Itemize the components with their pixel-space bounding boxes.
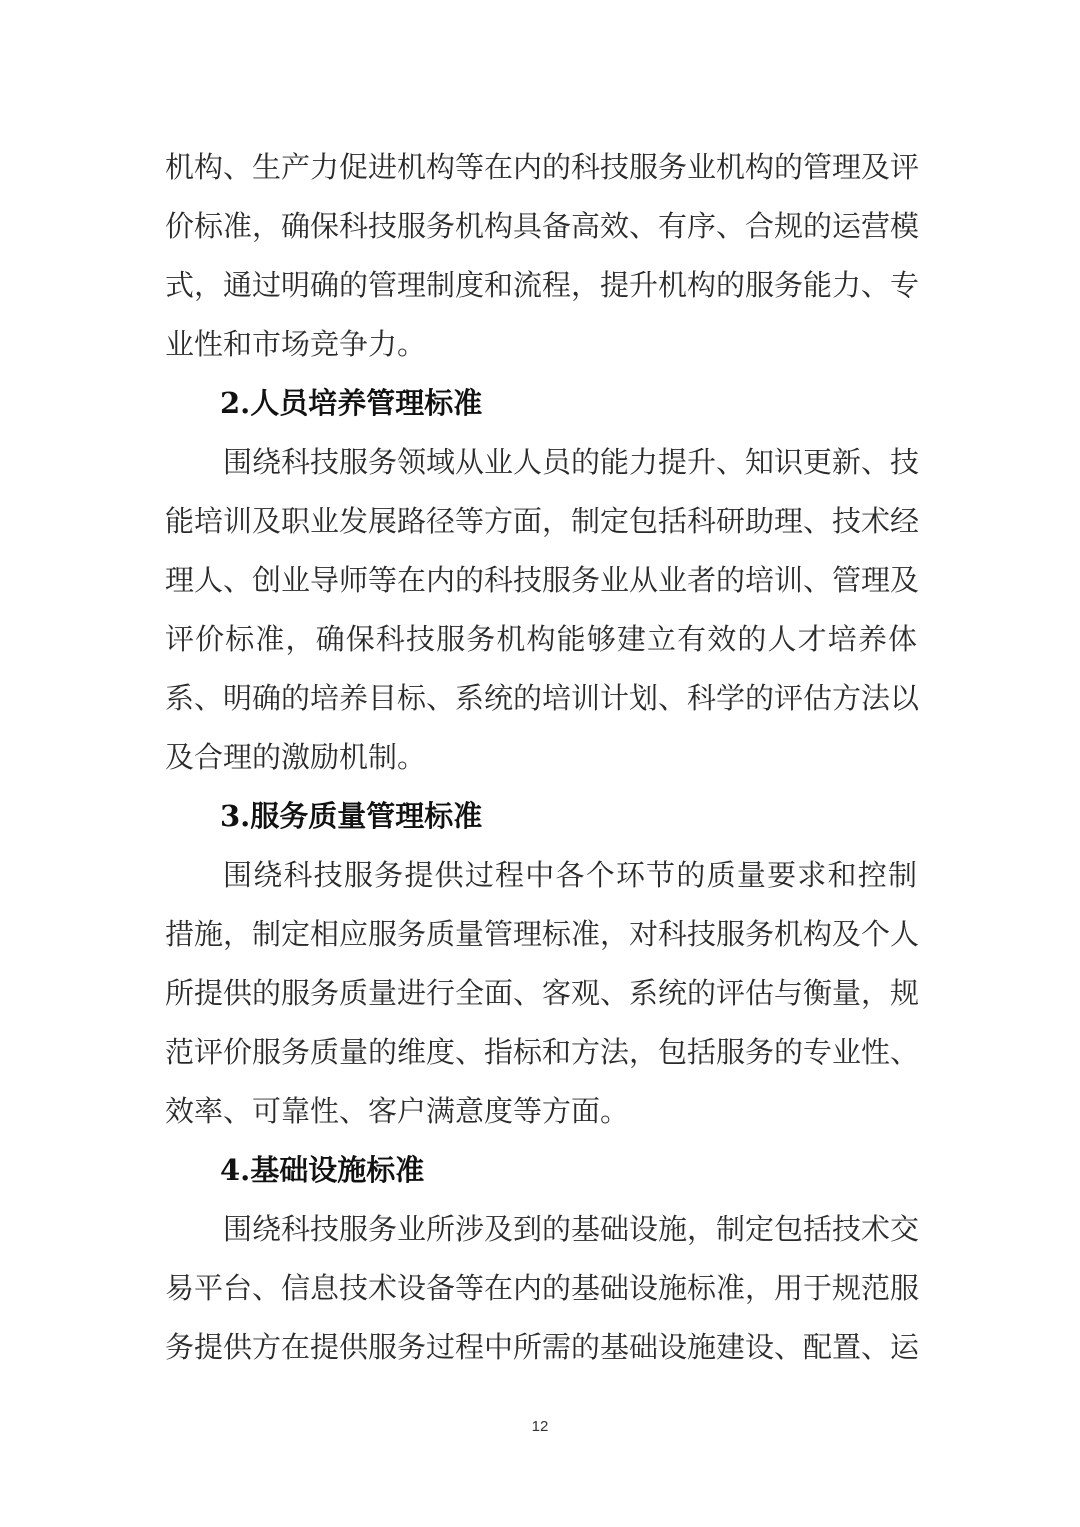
paragraph-service-quality: 围绕科技服务提供过程中各个环节的质量要求和控制 措施，制定相应服务质量管理标准，…	[165, 846, 917, 1141]
text-line: 理人、创业导师等在内的科技服务业从业者的培训、管理及	[165, 551, 917, 610]
text-line: 措施，制定相应服务质量管理标准，对科技服务机构及个人	[165, 905, 917, 964]
text-line: 围绕科技服务领域从业人员的能力提升、知识更新、技	[165, 433, 917, 492]
section-heading-infrastructure: 4.基础设施标准	[165, 1141, 917, 1200]
text-line: 价标准，确保科技服务机构具备高效、有序、合规的运营模	[165, 197, 917, 256]
document-body: 机构、生产力促进机构等在内的科技服务业机构的管理及评 价标准，确保科技服务机构具…	[165, 138, 917, 1377]
text-line: 能培训及职业发展路径等方面，制定包括科研助理、技术经	[165, 492, 917, 551]
text-line: 式，通过明确的管理制度和流程，提升机构的服务能力、专	[165, 256, 917, 315]
paragraph-personnel-training: 围绕科技服务领域从业人员的能力提升、知识更新、技 能培训及职业发展路径等方面，制…	[165, 433, 917, 787]
text-line: 易平台、信息技术设备等在内的基础设施标准，用于规范服	[165, 1259, 917, 1318]
paragraph-institution-management: 机构、生产力促进机构等在内的科技服务业机构的管理及评 价标准，确保科技服务机构具…	[165, 138, 917, 374]
text-line: 机构、生产力促进机构等在内的科技服务业机构的管理及评	[165, 138, 917, 197]
text-line: 务提供方在提供服务过程中所需的基础设施建设、配置、运	[165, 1318, 917, 1377]
text-line: 评价标准，确保科技服务机构能够建立有效的人才培养体	[165, 610, 917, 669]
section-heading-personnel-training: 2.人员培养管理标准	[165, 374, 917, 433]
text-line: 系、明确的培养目标、系统的培训计划、科学的评估方法以	[165, 669, 917, 728]
text-line: 业性和市场竞争力。	[165, 315, 917, 374]
text-line: 范评价服务质量的维度、指标和方法，包括服务的专业性、	[165, 1023, 917, 1082]
text-line: 及合理的激励机制。	[165, 728, 917, 787]
text-line: 围绕科技服务业所涉及到的基础设施，制定包括技术交	[165, 1200, 917, 1259]
text-line: 所提供的服务质量进行全面、客观、系统的评估与衡量，规	[165, 964, 917, 1023]
paragraph-infrastructure: 围绕科技服务业所涉及到的基础设施，制定包括技术交 易平台、信息技术设备等在内的基…	[165, 1200, 917, 1377]
document-page: 机构、生产力促进机构等在内的科技服务业机构的管理及评 价标准，确保科技服务机构具…	[0, 0, 1080, 1527]
page-number: 12	[0, 1418, 1080, 1435]
text-line: 效率、可靠性、客户满意度等方面。	[165, 1082, 917, 1141]
section-heading-service-quality: 3.服务质量管理标准	[165, 787, 917, 846]
text-line: 围绕科技服务提供过程中各个环节的质量要求和控制	[165, 846, 917, 905]
